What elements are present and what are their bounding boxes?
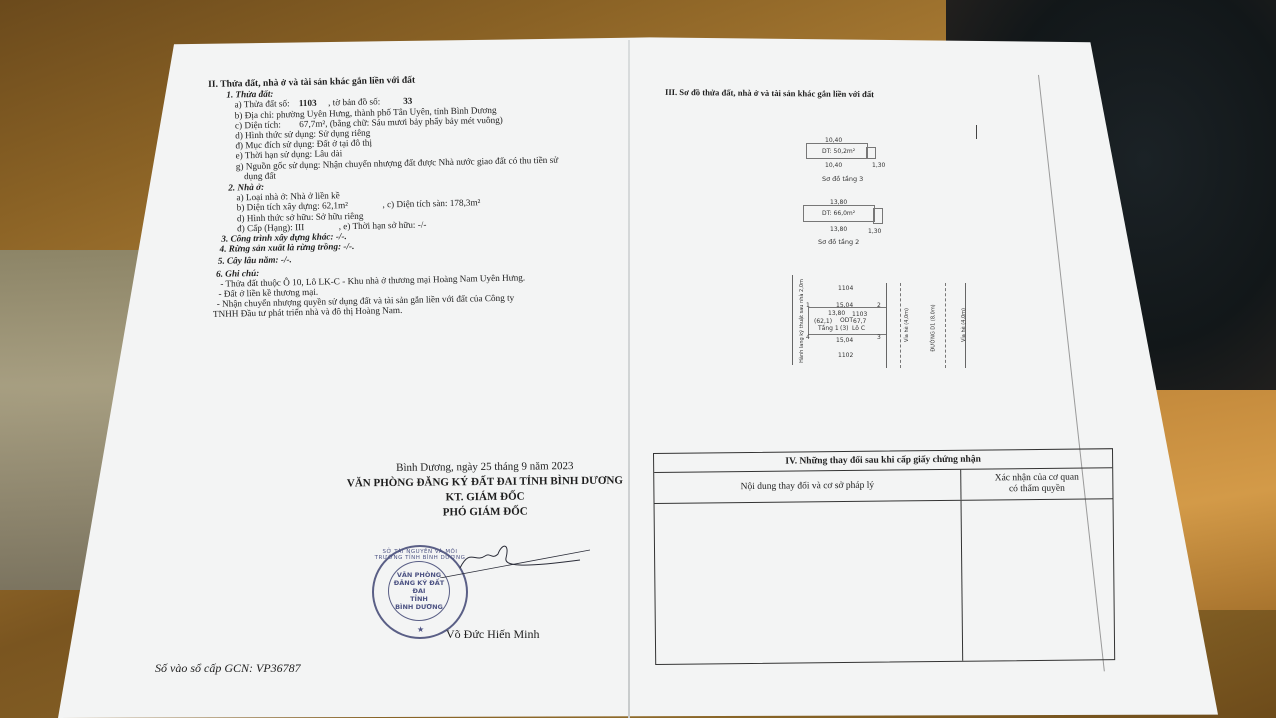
column-authority-confirmation: Xác nhận của cơ quan có thẩm quyền	[961, 468, 1112, 500]
parcel-area: 67,7	[853, 318, 866, 325]
top-length: 15,04	[836, 302, 853, 309]
map-sheet-number: 33	[403, 96, 412, 106]
handwritten-signature	[440, 538, 590, 578]
floor-3-top-length: 10,40	[825, 137, 842, 144]
bottom-length: 15,04	[836, 337, 853, 344]
changes-table-header: Nội dung thay đổi và cơ sở pháp lý Xác n…	[654, 468, 1112, 504]
registry-number: Số vào sổ cấp GCN: VP36787	[155, 661, 301, 676]
stamp-line: BÌNH DƯƠNG	[389, 603, 449, 611]
house-footprint: (62,1)	[814, 318, 832, 325]
floor-3-bottom-length: 10,40	[825, 162, 842, 169]
floor-3-area: DT: 50,2m²	[822, 148, 855, 155]
floor-2-extension-length: 1,30	[868, 228, 881, 235]
left-page-content: II. Thửa đất, nhà ở và tài sản khác gắn …	[208, 71, 633, 319]
ownership-term: , e) Thời hạn sở hữu: -/-	[339, 219, 427, 231]
corner-marker: 4	[806, 334, 810, 341]
lot-label: Lô C	[852, 325, 865, 332]
inner-length: 13,80	[828, 310, 845, 317]
corner-marker: 2	[877, 302, 881, 309]
signer-name: Võ Đức Hiến Minh	[446, 627, 540, 642]
stamp-line: TỈNH	[389, 595, 449, 603]
corner-marker: 3	[877, 334, 881, 341]
floor-3-extension	[866, 147, 876, 159]
stamp-line: ĐĂNG KÝ ĐẤT ĐAI	[389, 579, 449, 595]
parcel-label: 1103	[852, 311, 867, 318]
parcel-label: a) Thửa đất số:	[234, 99, 289, 110]
road-line	[945, 283, 947, 368]
parcel-number: 1103	[299, 98, 317, 108]
sidewalk-line	[900, 283, 902, 368]
authority-confirmation-cell	[962, 499, 1115, 661]
rear-corridor-line	[792, 275, 793, 365]
corner-marker: 1	[806, 302, 810, 309]
floor-2-top-length: 13,80	[830, 199, 847, 206]
land-use-code: ODT	[840, 317, 853, 324]
star-icon: ★	[417, 625, 424, 634]
road-label: ĐƯỜNG D1 (8,0m)	[931, 304, 937, 351]
floor-2-area: DT: 66,0m²	[822, 210, 855, 217]
boundary-line	[886, 283, 887, 368]
floor-3-extension-length: 1,30	[872, 162, 885, 169]
change-content-cell	[655, 501, 964, 664]
column-authority-line-2: có thẩm quyền	[961, 483, 1112, 496]
sidewalk-label: Vỉa hè (4,0m)	[961, 308, 967, 342]
area-label: c) Diện tích:	[235, 119, 281, 130]
changes-table-body	[655, 499, 1115, 664]
south-parcel: 1102	[838, 352, 853, 359]
sidewalk-label: Vỉa hè (4,0m)	[904, 308, 910, 342]
floor-2-caption: Sơ đồ tầng 2	[818, 238, 859, 246]
changes-table: IV. Những thay đổi sau khi cấp giấy chứn…	[653, 448, 1115, 665]
floor-count: (3)	[840, 325, 849, 332]
rear-corridor-label: Hành lang kỹ thuật sau nhà 2,0m	[799, 279, 805, 363]
map-sheet-label: , tờ bản đồ số:	[328, 97, 380, 108]
north-parcel: 1104	[838, 285, 853, 292]
floor-2-extension	[873, 208, 883, 224]
north-arrow-icon	[976, 125, 977, 139]
floor-3-caption: Sơ đồ tầng 3	[822, 175, 863, 183]
floor-area: , c) Diện tích sàn: 178,3m²	[382, 198, 480, 210]
column-change-content: Nội dung thay đổi và cơ sở pháp lý	[654, 470, 961, 503]
floor-2-bottom-length: 13,80	[830, 226, 847, 233]
floor-label: Tầng 1	[818, 325, 839, 332]
signature-block: Bình Dương, ngày 25 tháng 9 năm 2023 VĂN…	[330, 458, 641, 521]
